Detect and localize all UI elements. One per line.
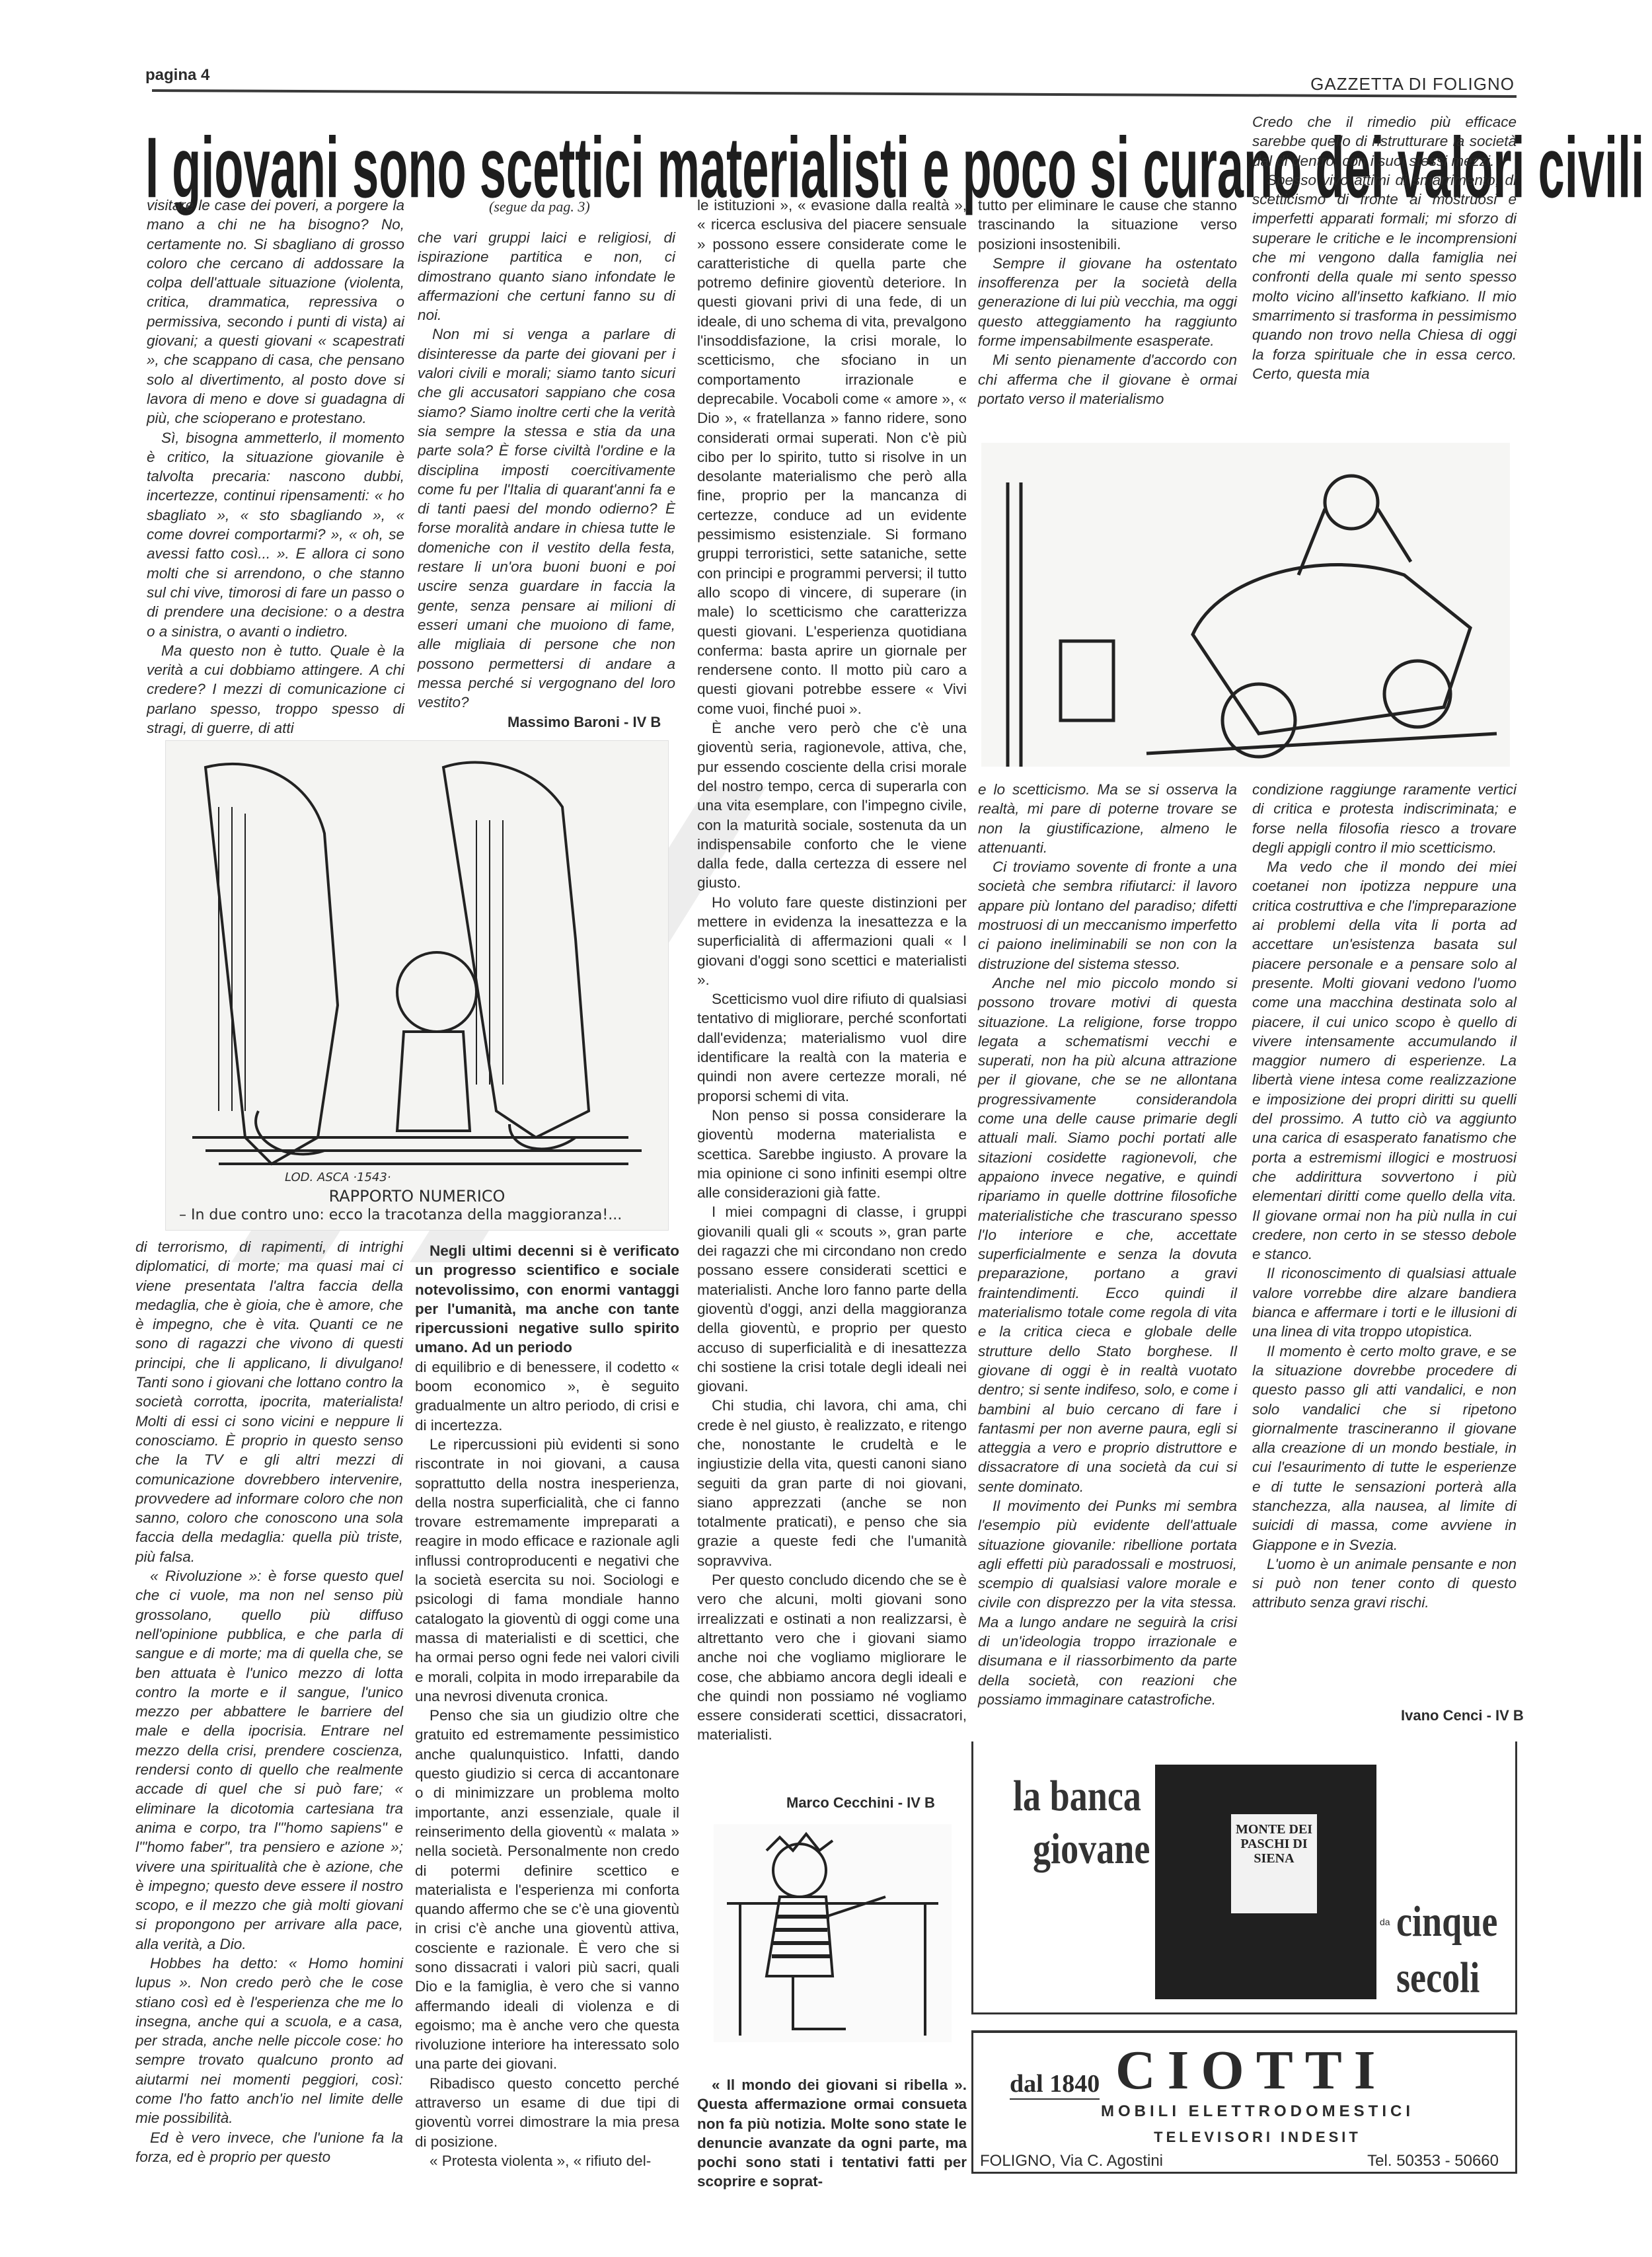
paragraph: Per questo concludo dicendo che se è ver… (697, 1570, 967, 1745)
byline-cecchini: Marco Cecchini - IV B (786, 1794, 935, 1812)
column-4-top: tutto per eliminare le cause che stanno … (978, 196, 1237, 408)
column-4-bottom: e lo scetticismo. Ma se si osserva la re… (978, 780, 1237, 1709)
paragraph: che vari gruppi laici e religiosi, di is… (418, 228, 675, 325)
cartoon-caption-ribella: « Il mondo dei giovani si ribella ». Que… (697, 2075, 967, 2192)
lead-paragraph: Negli ultimi decenni si è verificato un … (415, 1241, 679, 1358)
paragraph: « Protesta violenta », « rifiuto del- (415, 2151, 679, 2170)
paragraph: Penso che sia un giudizio oltre che grat… (415, 1706, 679, 2074)
ad-products-line: MOBILI ELETTRODOMESTICI (973, 2102, 1515, 2121)
column-3: le istituzioni », « evasione dalla realt… (697, 196, 967, 1745)
bank-logo: MONTE DEI PASCHI DI SIENA (1231, 1814, 1317, 1913)
continued-from-note: (segue da pag. 3) (489, 198, 590, 215)
paragraph: di terrorismo, di rapimenti, di intrighi… (135, 1237, 403, 1566)
paragraph: L'uomo è un animale pensante e non si pu… (1252, 1554, 1517, 1613)
paragraph: Sì, bisogna ammetterlo, il momento è cri… (147, 428, 404, 641)
paragraph: Ma vedo che il mondo dei miei coetanei n… (1252, 857, 1517, 1264)
byline-baroni: Massimo Baroni - IV B (507, 714, 661, 731)
cartoon-rapporto-numerico: LOD. ASCA ·1543· RAPPORTO NUMERICO – In … (165, 740, 669, 1231)
paragraph: e lo scetticismo. Ma se si osserva la re… (978, 780, 1237, 857)
ad-text-line: giovane (1033, 1824, 1150, 1874)
paragraph: I miei compagni di classe, i gruppi giov… (697, 1202, 967, 1396)
cartoon-signature: LOD. ASCA ·1543· (285, 1170, 391, 1184)
paragraph: Ci troviamo sovente di fronte a una soci… (978, 857, 1237, 974)
paragraph: Il riconoscimento di qualsiasi attuale v… (1252, 1264, 1517, 1341)
ad-products-line: TELEVISORI INDESIT (973, 2129, 1515, 2146)
byline-cenci: Ivano Cenci - IV B (1401, 1707, 1524, 1724)
ad-phone: Tel. 50353 - 50660 (1367, 2152, 1499, 2170)
paragraph: Hobbes ha detto: « Homo homini lupus ». … (135, 1954, 403, 2128)
paragraph: « Rivoluzione »: è forse questo quel che… (135, 1566, 403, 1954)
paragraph: Spesso vivo attimi di smarrimento, di sc… (1252, 171, 1517, 383)
paragraph: Ribadisco questo concetto perché attrave… (415, 2074, 679, 2151)
paragraph: Le ripercussioni più evidenti si sono ri… (415, 1435, 679, 1706)
paragraph: Credo che il rimedio più efficace sarebb… (1252, 112, 1517, 171)
paragraph: Mi sento pienamente d'accordo con chi af… (978, 350, 1237, 408)
paragraph: Scetticismo vuol dire rifiuto di qualsia… (697, 989, 967, 1106)
paragraph: Sempre il giovane ha ostentato insoffere… (978, 254, 1237, 350)
column-2-bottom: Negli ultimi decenni si è verificato un … (415, 1241, 679, 2170)
paragraph: Ho voluto fare queste distinzioni per me… (697, 893, 967, 989)
paragraph: Ed è vero invece, che l'unione fa la for… (135, 2128, 403, 2167)
car-drawing (981, 443, 1510, 767)
paragraph: tutto per eliminare le cause che stanno … (978, 196, 1237, 254)
paragraph: Il movimento dei Punks mi sembra l'esemp… (978, 1496, 1237, 1709)
paragraph: Ma questo non è tutto. Quale è la verità… (147, 641, 404, 738)
paragraph: Il momento è certo molto grave, e se la … (1252, 1342, 1517, 1554)
paragraph: visitare le case dei poveri, a porgere l… (147, 196, 404, 428)
ad-since: dal 1840 (1010, 2069, 1100, 2100)
paragraph: Chi studia, chi lavora, chi ama, chi cre… (697, 1396, 967, 1570)
ad-text-line: cinque (1396, 1897, 1497, 1947)
paragraph: condizione raggiunge raramente vertici d… (1252, 780, 1517, 857)
paragraph: È anche vero però che c'è una gioventù s… (697, 718, 967, 893)
ad-address: FOLIGNO, Via C. Agostini (980, 2152, 1163, 2170)
boy-drawing (714, 1824, 952, 2042)
paragraph: di equilibrio e di benessere, il codetto… (415, 1358, 679, 1435)
paragraph: Anche nel mio piccolo mondo si possono t… (978, 974, 1237, 1496)
cartoon-drawing (166, 741, 668, 1230)
ad-text-small: da (1380, 1917, 1390, 1927)
page-number: pagina 4 (145, 66, 209, 85)
paragraph: Non penso si possa considerare la gioven… (697, 1106, 967, 1202)
ad-text-line: la banca (1013, 1771, 1141, 1821)
column-2-top: che vari gruppi laici e religiosi, di is… (418, 228, 675, 712)
cartoon-title: RAPPORTO NUMERICO (166, 1187, 668, 1205)
ad-monte-dei-paschi: la banca giovane MONTE DEI PASCHI DI SIE… (971, 1741, 1517, 2014)
ad-text-line: secoli (1396, 1953, 1480, 2003)
paragraph: le istituzioni », « evasione dalla realt… (697, 196, 967, 718)
bank-photo: MONTE DEI PASCHI DI SIENA (1155, 1765, 1376, 1999)
cartoon-caption: – In due contro uno: ecco la tracotanza … (179, 1207, 668, 1223)
ad-brand-name: CIOTTI (1115, 2038, 1387, 2102)
newspaper-masthead: GAZZETTA DI FOLIGNO (1310, 74, 1515, 95)
column-5-bottom: condizione raggiunge raramente vertici d… (1252, 780, 1517, 1613)
caption-text: « Il mondo dei giovani si ribella ». Que… (697, 2075, 967, 2192)
column-1-bottom: di terrorismo, di rapimenti, di intrighi… (135, 1237, 403, 2166)
cartoon-car-crash (981, 443, 1510, 767)
column-1-top: visitare le case dei poveri, a porgere l… (147, 196, 404, 738)
ad-ciotti: dal 1840 CIOTTI MOBILI ELETTRODOMESTICI … (971, 2030, 1517, 2174)
cartoon-boy-at-desk (714, 1824, 952, 2042)
column-5-top: Credo che il rimedio più efficace sarebb… (1252, 112, 1517, 383)
paragraph: Non mi si venga a parlare di disinteress… (418, 325, 675, 712)
